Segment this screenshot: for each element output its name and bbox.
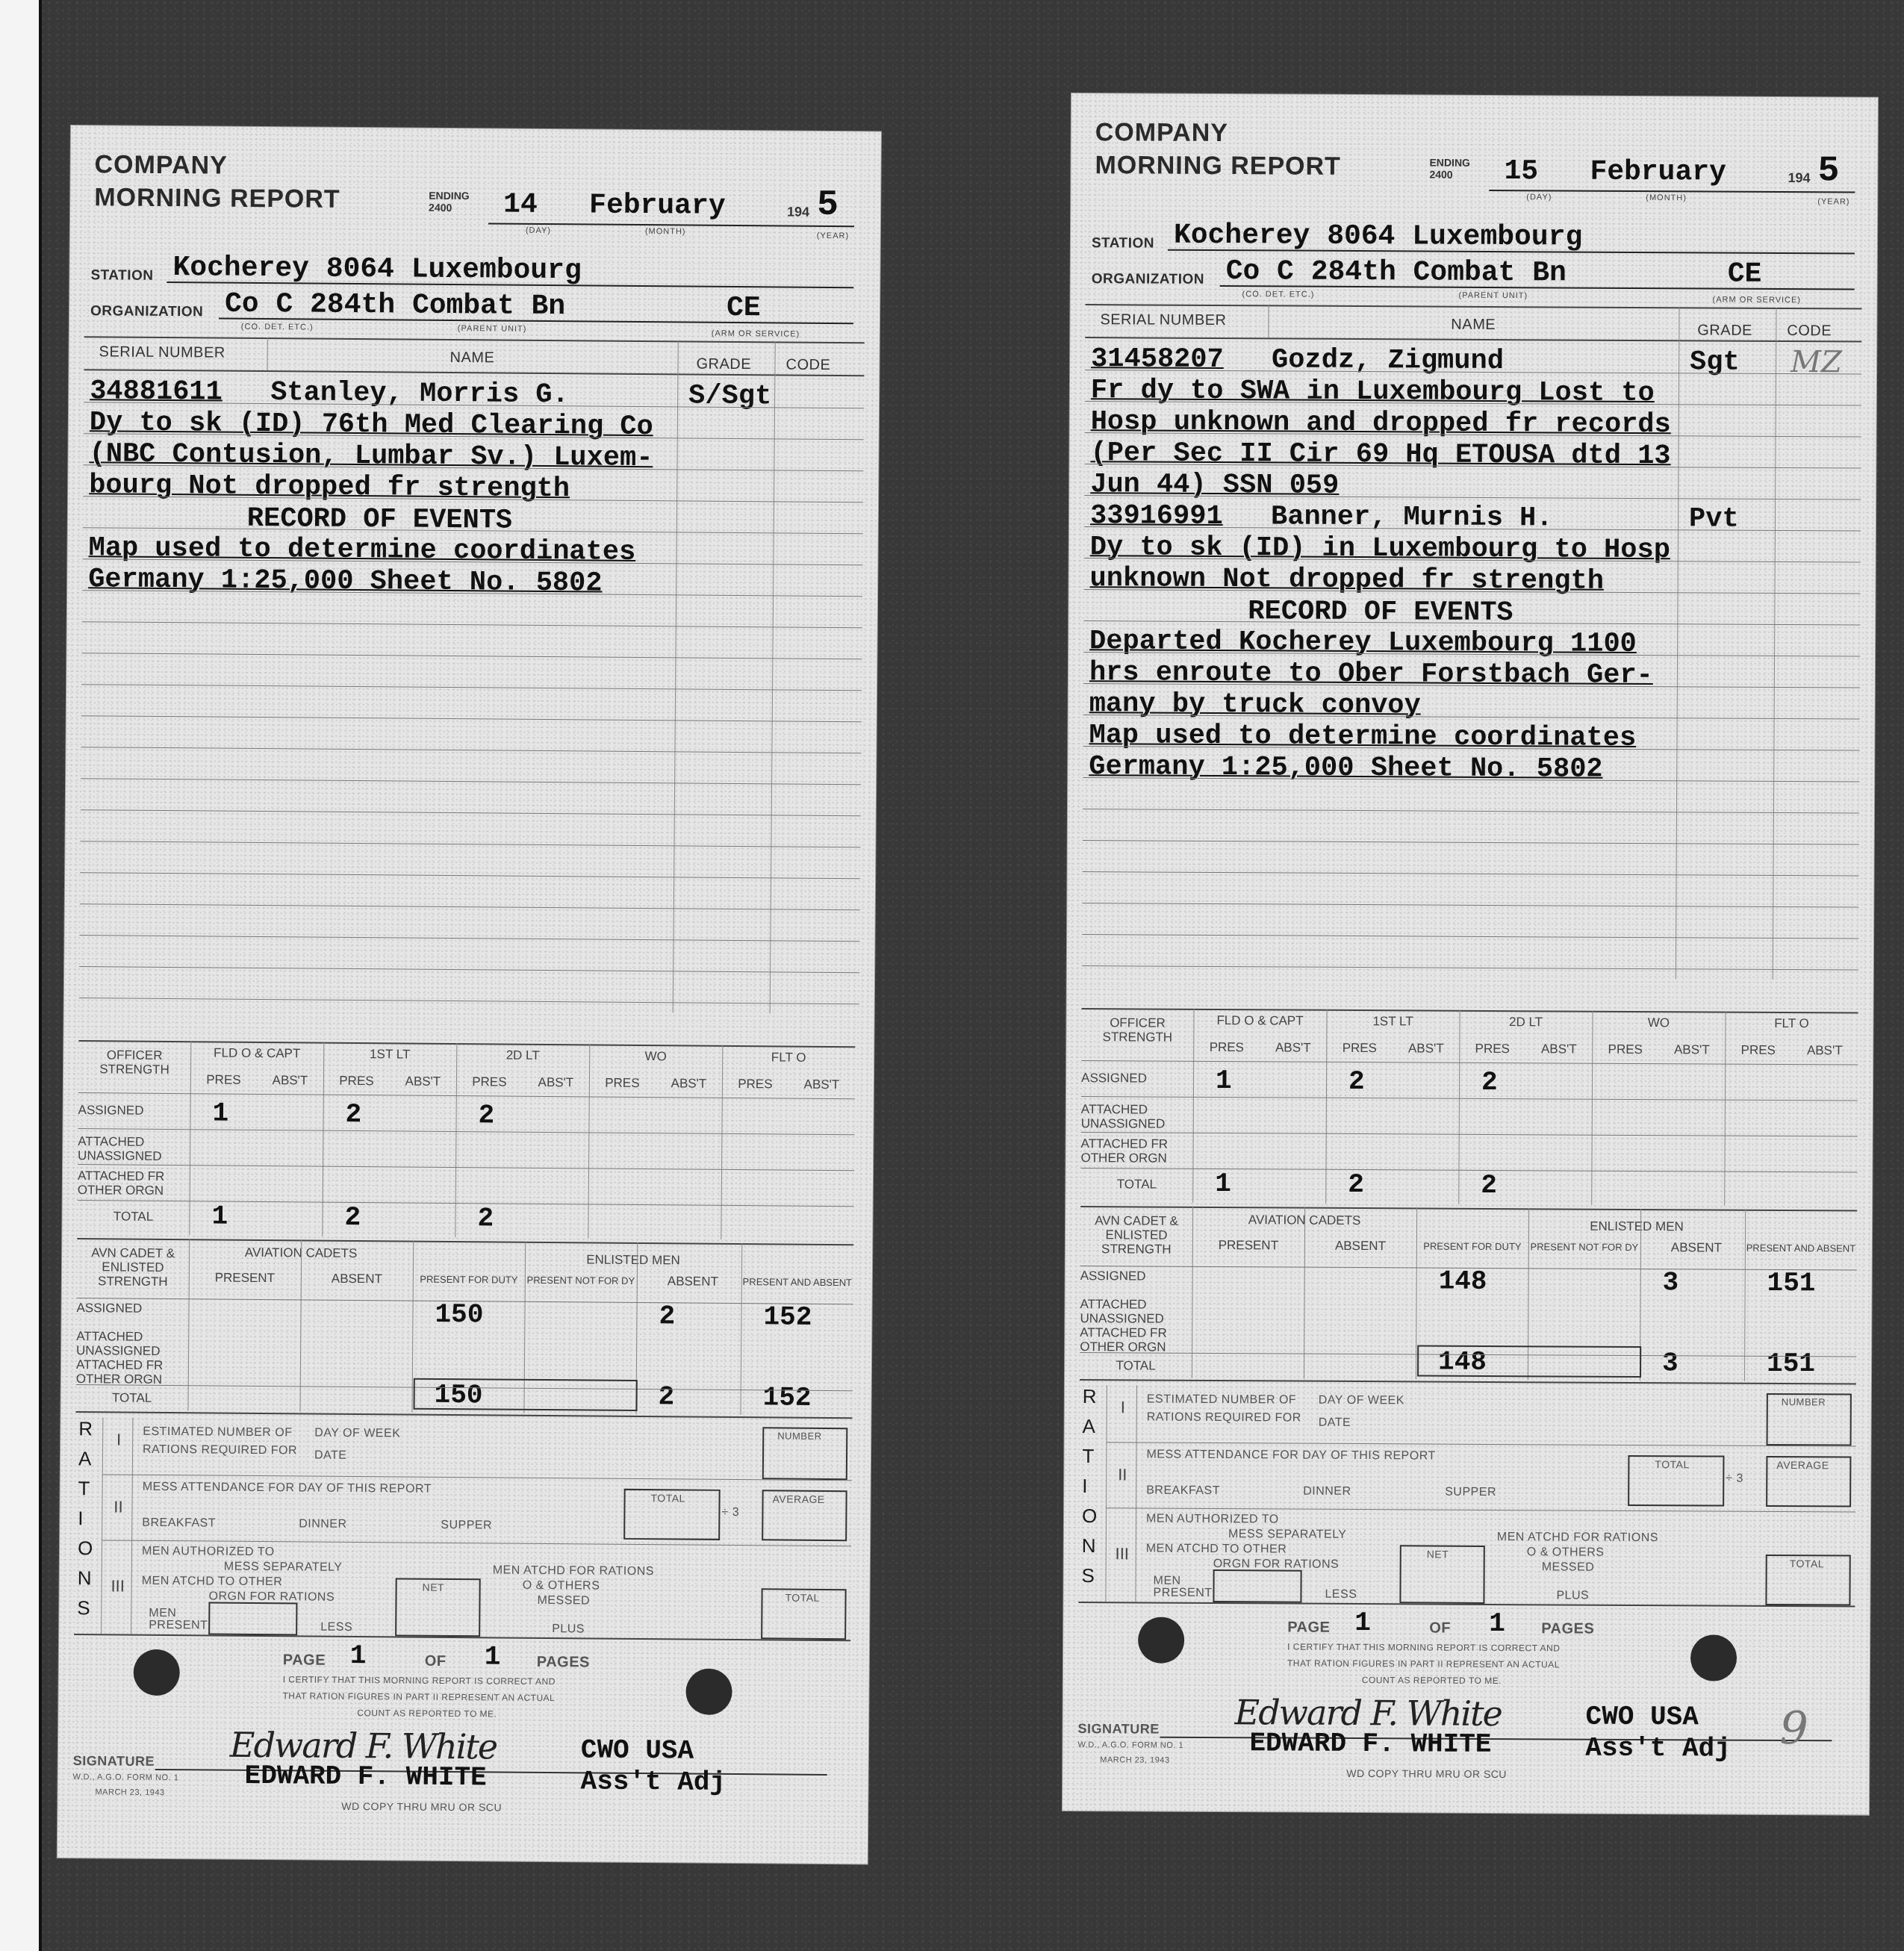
sub-col-absent: ABS'T (1791, 1043, 1858, 1057)
rations-side-letter: T (78, 1477, 90, 1500)
section-2: II (1109, 1467, 1136, 1481)
wd-copy-note: WD COPY THRU MRU OR SCU (341, 1800, 502, 1814)
ruled-line (81, 747, 861, 753)
enlisted-col: PRESENT FOR DUTY (413, 1272, 525, 1287)
enlisted-strength-title: AVN CADET & ENLISTED STRENGTH (77, 1245, 189, 1289)
total-pages: 1 (1489, 1608, 1505, 1639)
est-rations-b: RATIONS REQUIRED FOR (1147, 1411, 1301, 1425)
dinner-label: DINNER (1303, 1485, 1351, 1499)
enlisted-col: PRESENT AND ABSENT (1745, 1241, 1857, 1256)
divider (1080, 1379, 1856, 1384)
breakfast-label: BREAKFAST (142, 1516, 216, 1531)
page-label: PAGE (283, 1652, 326, 1669)
row-attached-unassigned: ATTACHED UNASSIGNED (76, 1329, 188, 1358)
rations-total-box: TOTAL (761, 1588, 847, 1640)
ending-label-1: ENDING (429, 190, 470, 202)
enlisted-strength-title: AVN CADET & ENLISTED STRENGTH (1080, 1213, 1192, 1257)
enlisted-col: ABSENT (1640, 1240, 1752, 1255)
sub-col-present: PRES (456, 1074, 523, 1089)
rations-side-letter: N (1082, 1534, 1096, 1558)
section-2: II (105, 1499, 131, 1513)
sub-col-present: PRES (1592, 1042, 1658, 1057)
number-label: NUMBER (1782, 1396, 1826, 1407)
est-rations-b: RATIONS REQUIRED FOR (143, 1443, 297, 1458)
enlisted-strength-table: AVN CADET & ENLISTED STRENGTHAVIATION CA… (1080, 1206, 1857, 1411)
ruled-line (1082, 903, 1858, 907)
sub-day: (DAY) (526, 226, 551, 235)
sub-col-present: PRES (722, 1077, 788, 1092)
rations-side-letter: O (78, 1537, 93, 1560)
col-code: CODE (785, 357, 830, 374)
rations-side-letter: I (1082, 1475, 1087, 1498)
net-label: NET (1427, 1549, 1449, 1561)
sub-col-present: PRES (1725, 1043, 1791, 1057)
divider (78, 1092, 855, 1099)
supper-label: SUPPER (441, 1519, 492, 1533)
section-3: III (105, 1578, 131, 1593)
signer-rank: CWO USA (581, 1734, 694, 1766)
rations-side-letter: A (1083, 1415, 1096, 1438)
row-total: TOTAL (1080, 1177, 1192, 1192)
sub-year: (YEAR) (1817, 197, 1849, 206)
ending-label-2: 2400 (429, 202, 470, 214)
men-present-box (1213, 1569, 1301, 1603)
total-value: 2 (344, 1202, 361, 1233)
mess-attendance-label: MESS ATTENDANCE FOR DAY OF THIS REPORT (143, 1481, 432, 1496)
form-title-line1: COMPANY (94, 148, 340, 183)
punch-hole (1138, 1617, 1184, 1663)
rations-side-letter: S (1082, 1564, 1095, 1587)
assigned-value: 1 (212, 1098, 228, 1129)
sub-month: (MONTH) (1646, 193, 1687, 202)
rations-side-letter: T (1082, 1445, 1094, 1468)
certification-text: THAT RATION FIGURES IN PART II REPRESENT… (282, 1690, 555, 1703)
men-atchd-rations-c: MESSED (537, 1594, 590, 1608)
page-number: 1 (350, 1640, 367, 1671)
sub-month: (MONTH) (645, 227, 686, 236)
divider (1081, 1132, 1858, 1136)
assigned-value: 1 (1216, 1065, 1232, 1096)
total-pages: 1 (485, 1641, 501, 1672)
col-divider (1773, 308, 1777, 980)
rations-side-letter: R (78, 1417, 93, 1440)
divider (1080, 1206, 1857, 1211)
sub-arm: (ARM OR SERVICE) (712, 329, 800, 339)
station-value: Kocherey 8064 Luxembourg (1174, 220, 1583, 254)
certification-text: I CERTIFY THAT THIS MORNING REPORT IS CO… (283, 1674, 556, 1687)
col-divider (1676, 307, 1680, 979)
rations-side-letter: R (1083, 1385, 1097, 1408)
col-divider (267, 337, 267, 370)
station-field: Kocherey 8064 Luxembourg (1168, 220, 1855, 255)
form-date: MARCH 23, 1943 (1100, 1755, 1169, 1764)
morning-report-card-feb-14: COMPANYMORNING REPORTENDING240014Februar… (57, 125, 881, 1864)
col-divider (1458, 1010, 1460, 1204)
men-atchd-rations-a: MEN ATCHD FOR RATIONS (493, 1563, 654, 1578)
enlisted-col: ABSENT (301, 1271, 413, 1286)
rations-total-label: TOTAL (1790, 1558, 1824, 1569)
ruled-line (81, 809, 861, 816)
total-label: TOTAL (651, 1492, 685, 1504)
ruled-line (79, 935, 859, 942)
average-box: AVERAGE (1766, 1456, 1851, 1507)
col-divider (131, 1418, 133, 1634)
total-value: 1 (211, 1201, 228, 1232)
enlisted-total-value: 2 (658, 1381, 674, 1412)
organization-label: ORGANIZATION (1092, 271, 1204, 288)
signer-name: EDWARD F. WHITE (1249, 1728, 1491, 1760)
row-attached-other: ATTACHED FR OTHER ORGN (78, 1169, 190, 1198)
rations-total-label: TOTAL (785, 1592, 819, 1604)
section-1: I (105, 1432, 132, 1446)
total-label: TOTAL (1655, 1458, 1689, 1470)
record-of-events-title: RECORD OF EVENTS (247, 503, 513, 537)
record-of-events-title: RECORD OF EVENTS (1248, 596, 1513, 629)
enlisted-assigned-value: 150 (435, 1299, 483, 1331)
col-name: NAME (1451, 317, 1496, 334)
station-field: Kocherey 8064 Luxembourg (167, 252, 853, 288)
row-total: TOTAL (77, 1209, 189, 1224)
dinner-label: DINNER (299, 1517, 346, 1531)
divider (1081, 1096, 1858, 1101)
divider (1080, 1168, 1857, 1172)
rank-group: FLT O (1725, 1016, 1858, 1031)
rank-group: 2D LT (1459, 1015, 1592, 1030)
enlisted-total-value: 3 (1662, 1348, 1679, 1378)
signature-label: SIGNATURE (1077, 1721, 1159, 1737)
enlisted-assigned-value: 148 (1439, 1266, 1487, 1297)
signer-title: Ass't Adj (1585, 1733, 1731, 1764)
col-serial-number: SERIAL NUMBER (99, 343, 225, 361)
supper-label: SUPPER (1445, 1486, 1496, 1499)
sub-co: (CO. DET. ETC.) (1242, 290, 1315, 299)
men-present-label: MEN PRESENT (149, 1608, 201, 1632)
number-box: NUMBER (762, 1427, 848, 1480)
enlisted-total-value: 151 (1767, 1348, 1815, 1379)
report-date: 14February1945 (488, 188, 854, 227)
breakfast-label: BREAKFAST (1146, 1484, 1220, 1499)
sub-col-absent: ABS'T (1525, 1042, 1592, 1056)
sub-year: (YEAR) (817, 231, 849, 240)
rations-side-letter: I (78, 1507, 83, 1530)
year-digit: 5 (1817, 151, 1839, 191)
divide-by-3: ÷ 3 (721, 1506, 739, 1519)
est-rations-a: ESTIMATED NUMBER OF (1147, 1393, 1296, 1407)
average-box: AVERAGE (762, 1490, 847, 1541)
sub-day: (DAY) (1526, 193, 1552, 202)
punch-hole (133, 1649, 179, 1696)
certification-text: THAT RATION FIGURES IN PART II REPRESENT… (1287, 1658, 1560, 1670)
row-assigned: ASSIGNED (76, 1301, 188, 1316)
sub-parent: (PARENT UNIT) (1459, 291, 1528, 300)
organization-value: Co C 284th Combat Bn (1226, 255, 1567, 289)
number-box: NUMBER (1767, 1393, 1852, 1446)
ruled-line (1082, 965, 1858, 970)
col-divider (770, 341, 776, 1013)
rations-section: RATIONSIESTIMATED NUMBER OFRATIONS REQUI… (74, 1417, 852, 1647)
row-attached-other: ATTACHED FR OTHER ORGN (1080, 1325, 1192, 1354)
plus-label: PLUS (1556, 1589, 1589, 1602)
sub-col-present: PRES (323, 1074, 390, 1089)
rank-group: 2D LT (456, 1048, 589, 1062)
sub-parent: (PARENT UNIT) (458, 324, 527, 334)
day-of-week-label: DAY OF WEEK (314, 1427, 400, 1441)
organization-field: Co C 284th Combat BnCE (1220, 255, 1855, 290)
sub-col-present: PRES (1193, 1040, 1260, 1054)
men-atchd-a: MEN ATCHD TO OTHER (1146, 1543, 1287, 1557)
total-value: 2 (1481, 1170, 1497, 1201)
row-attached-unassigned: ATTACHED UNASSIGNED (1080, 1297, 1192, 1326)
enlisted-assigned-value: 3 (1663, 1267, 1679, 1298)
enlisted-assigned-value: 2 (659, 1301, 675, 1331)
men-atchd-a: MEN ATCHD TO OTHER (142, 1575, 283, 1589)
station-label: STATION (1092, 235, 1154, 252)
pages-label: PAGES (537, 1654, 590, 1672)
row-assigned: ASSIGNED (1080, 1269, 1192, 1283)
form-title: COMPANYMORNING REPORT (94, 148, 340, 216)
divider (1086, 304, 1862, 309)
organization-field: Co C 284th Combat BnCE (219, 288, 853, 325)
sub-col-absent: ABS'T (390, 1074, 456, 1089)
men-present-label: MEN PRESENT (1153, 1575, 1205, 1599)
enlisted-assigned-value: 152 (763, 1301, 812, 1333)
code-mark: MZ (1791, 345, 1842, 379)
row-attached-unassigned: ATTACHED UNASSIGNED (78, 1134, 190, 1163)
page-count: PAGE1OF1PAGES (283, 1643, 656, 1675)
signer-title: Ass't Adj (580, 1766, 726, 1798)
total-present-box (414, 1378, 638, 1411)
signer-name: EDWARD F. WHITE (244, 1761, 486, 1793)
of-label: OF (1429, 1620, 1451, 1637)
less-label: LESS (320, 1621, 352, 1634)
page-number: 1 (1354, 1608, 1371, 1638)
col-divider (1591, 1011, 1593, 1205)
col-divider (588, 1044, 590, 1238)
col-divider (455, 1043, 457, 1237)
punch-hole (1690, 1634, 1737, 1681)
organization-value: Co C 284th Combat Bn (225, 288, 565, 323)
number-label: NUMBER (777, 1430, 821, 1441)
form-title-line1: COMPANY (1095, 116, 1342, 150)
day-of-week-label: DAY OF WEEK (1319, 1394, 1404, 1408)
ruled-line (81, 715, 862, 722)
assigned-value: 2 (478, 1100, 494, 1130)
less-label: LESS (1325, 1588, 1357, 1602)
rations-total-box: TOTAL (1765, 1555, 1850, 1606)
col-divider (1105, 1385, 1107, 1602)
enlisted-strength-table: AVN CADET & ENLISTED STRENGTHAVIATION CA… (75, 1238, 853, 1446)
of-label: OF (425, 1653, 447, 1670)
page-count: PAGE1OF1PAGES (1287, 1611, 1661, 1643)
form-title-line2: MORNING REPORT (1095, 149, 1341, 183)
men-atchd-rations-b: O & OTHERS (523, 1579, 600, 1593)
average-label: AVERAGE (773, 1493, 825, 1505)
enlisted-col: PRESENT (189, 1270, 301, 1285)
divider (78, 1128, 854, 1135)
pages-label: PAGES (1541, 1620, 1594, 1637)
total-value: 2 (1348, 1169, 1364, 1200)
plus-label: PLUS (552, 1622, 585, 1636)
ending-label: ENDING2400 (1429, 157, 1470, 181)
assigned-value: 2 (345, 1099, 361, 1130)
net-box: NET (395, 1578, 481, 1637)
page-label: PAGE (1287, 1619, 1330, 1637)
col-grade: GRADE (1697, 322, 1752, 339)
divide-by-3: ÷ 3 (1726, 1472, 1743, 1486)
col-serial-number: SERIAL NUMBER (1100, 311, 1226, 329)
sub-co: (CO. DET. ETC.) (241, 323, 314, 332)
net-label: NET (423, 1581, 445, 1593)
morning-report-card-feb-15: COMPANYMORNING REPORTENDING240015Februar… (1063, 93, 1878, 1815)
organization-label: ORGANIZATION (90, 303, 203, 320)
certification-text: COUNT AS REPORTED TO ME. (357, 1708, 497, 1719)
divider (1106, 1507, 1855, 1512)
punch-hole (685, 1669, 732, 1715)
assigned-value: 2 (1348, 1066, 1365, 1097)
sub-col-absent: ABS'T (788, 1077, 855, 1092)
col-name: NAME (449, 349, 494, 367)
assigned-value: 2 (1481, 1067, 1498, 1098)
rank-group: FLD O & CAPT (190, 1045, 323, 1060)
year-prefix: 194 (787, 205, 809, 220)
enlisted-col: PRESENT NOT FOR DY (525, 1273, 637, 1288)
col-divider (721, 1045, 723, 1239)
mess-total-box: TOTAL (1628, 1455, 1724, 1507)
total-value: 1 (1215, 1169, 1231, 1199)
officer-strength-table: OFFICER STRENGTHFLD O & CAPTPRESABS'T1ST… (77, 1040, 855, 1240)
form-title: COMPANYMORNING REPORT (1095, 116, 1341, 183)
year-digit: 5 (817, 185, 839, 225)
form-number: W.D., A.G.O. FORM NO. 1 (73, 1773, 179, 1782)
sub-arm: (ARM OR SERVICE) (1713, 295, 1802, 305)
wd-copy-note: WD COPY THRU MRU OR SCU (1346, 1767, 1507, 1780)
certification-text: I CERTIFY THAT THIS MORNING REPORT IS CO… (1287, 1642, 1560, 1654)
ruled-line (81, 778, 861, 785)
certification-text: COUNT AS REPORTED TO ME. (1362, 1675, 1502, 1686)
enlisted-col: PRESENT (1192, 1238, 1304, 1253)
col-divider (1135, 1385, 1137, 1602)
enlisted-col: PRESENT NOT FOR DY (1528, 1239, 1640, 1254)
average-label: AVERAGE (1776, 1459, 1829, 1471)
rank-group: 1ST LT (323, 1047, 456, 1062)
enlisted-total-value: 152 (762, 1382, 811, 1413)
arm-service-value: CE (727, 292, 761, 324)
est-rations-a: ESTIMATED NUMBER OF (143, 1425, 292, 1440)
rank-group: WO (589, 1048, 722, 1063)
enlisted-assigned-value: 151 (1767, 1268, 1816, 1298)
sub-col-present: PRES (1459, 1042, 1525, 1056)
form-date: MARCH 23, 1943 (95, 1787, 164, 1797)
col-divider (673, 340, 679, 1012)
sub-col-absent: ABS'T (1658, 1042, 1725, 1057)
ending-label-1: ENDING (1429, 157, 1470, 169)
officer-strength-title: OFFICER STRENGTH (78, 1048, 190, 1077)
ruled-line (1083, 871, 1859, 876)
station-label: STATION (90, 267, 153, 284)
mess-attendance-label: MESS ATTENDANCE FOR DAY OF THIS REPORT (1146, 1449, 1435, 1463)
total-present-box (1417, 1345, 1641, 1378)
rations-section: RATIONSIESTIMATED NUMBER OFRATIONS REQUI… (1078, 1385, 1856, 1613)
ruled-line (81, 684, 862, 691)
row-attached-unassigned: ATTACHED UNASSIGNED (1081, 1102, 1193, 1131)
date-label: DATE (1319, 1416, 1351, 1430)
sub-col-present: PRES (589, 1075, 656, 1090)
rations-side-letter: N (78, 1566, 92, 1590)
scan-margin (0, 0, 42, 1951)
page-annotation: 9 (1779, 1702, 1808, 1755)
ending-label: ENDING2400 (429, 190, 470, 214)
divider (1107, 1442, 1856, 1446)
total-value: 2 (477, 1203, 494, 1233)
divider (1081, 1060, 1858, 1065)
rations-side-letter: A (78, 1447, 92, 1470)
ruled-line (80, 841, 860, 847)
enlisted-col: ABSENT (1304, 1239, 1416, 1254)
divider (78, 1164, 854, 1171)
col-divider (1325, 1009, 1327, 1204)
group-enlisted-men: ENLISTED MEN (1416, 1218, 1857, 1234)
sub-col-absent: ABS'T (656, 1076, 722, 1091)
section-1: I (1110, 1400, 1136, 1414)
sub-col-absent: ABS'T (257, 1073, 323, 1088)
col-divider (1268, 305, 1269, 337)
form-number: W.D., A.G.O. FORM NO. 1 (1077, 1740, 1183, 1750)
mess-total-box: TOTAL (623, 1489, 721, 1540)
row-assigned: ASSIGNED (1081, 1071, 1193, 1086)
sub-col-present: PRES (1326, 1041, 1393, 1055)
row-assigned: ASSIGNED (78, 1103, 190, 1118)
form-title-line2: MORNING REPORT (94, 181, 340, 216)
row-total: TOTAL (1080, 1358, 1192, 1373)
men-authorized-b: MESS SEPARATELY (1228, 1528, 1347, 1542)
row-total: TOTAL (76, 1390, 188, 1405)
report-day: 15 (1504, 155, 1538, 187)
report-day: 14 (503, 189, 538, 221)
col-divider (101, 1417, 103, 1634)
report-date: 15February1945 (1489, 155, 1855, 193)
col-grade: GRADE (696, 356, 751, 374)
year-prefix: 194 (1788, 170, 1810, 186)
group-enlisted-men: ENLISTED MEN (413, 1251, 853, 1269)
net-box: NET (1399, 1545, 1484, 1604)
col-divider (1724, 1012, 1726, 1206)
rank-group: WO (1592, 1015, 1725, 1030)
report-month: February (1590, 156, 1726, 189)
sub-col-absent: ABS'T (523, 1075, 589, 1090)
men-authorized-a: MEN AUTHORIZED TO (142, 1545, 275, 1559)
ruled-line (82, 621, 862, 628)
ruled-line (80, 903, 860, 910)
sub-col-absent: ABS'T (1393, 1041, 1459, 1055)
ruled-line (1082, 934, 1858, 939)
ruled-line (80, 872, 860, 879)
divider (102, 1474, 852, 1481)
enlisted-col: PRESENT FOR DUTY (1416, 1239, 1528, 1254)
rank-group: 1ST LT (1326, 1014, 1459, 1029)
row-attached-other: ATTACHED FR OTHER ORGN (1080, 1136, 1192, 1166)
enlisted-col: PRESENT AND ABSENT (741, 1275, 853, 1289)
ending-label-2: 2400 (1429, 169, 1470, 181)
men-atchd-rations-b: O & OTHERS (1527, 1546, 1605, 1560)
rations-side-letter: S (77, 1596, 90, 1619)
sub-col-absent: ABS'T (1260, 1040, 1326, 1054)
sub-col-present: PRES (190, 1072, 257, 1087)
ruled-line (79, 998, 859, 1004)
signer-rank: CWO USA (1586, 1702, 1699, 1733)
ruled-line (1083, 809, 1859, 813)
ruled-line (1083, 840, 1859, 844)
col-code: CODE (1787, 323, 1832, 340)
